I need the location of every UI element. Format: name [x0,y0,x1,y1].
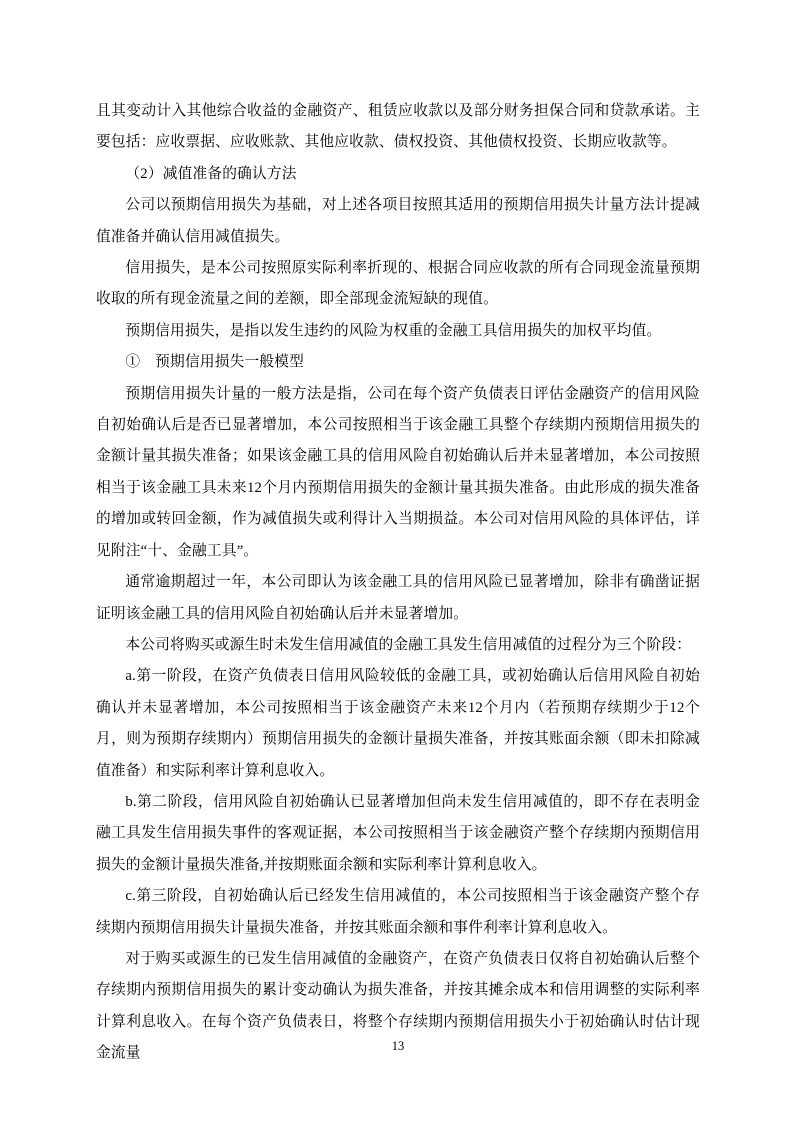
page-number: 13 [96,1036,700,1056]
document-body: 且其变动计入其他综合收益的金融资产、租赁应收款以及部分财务担保合同和贷款承诺。主… [96,96,700,1070]
document-page: 且其变动计入其他综合收益的金融资产、租赁应收款以及部分财务担保合同和贷款承诺。主… [0,0,794,1122]
paragraph-8: 通常逾期超过一年，本公司即认为该金融工具的信用风险已显著增加，除非有确凿证据证明… [96,567,700,630]
paragraph-1: 且其变动计入其他综合收益的金融资产、租赁应收款以及部分财务担保合同和贷款承诺。主… [96,96,700,159]
paragraph-7: 预期信用损失计量的一般方法是指，公司在每个资产负债表日评估金融资产的信用风险自初… [96,379,700,567]
paragraph-4: 信用损失，是本公司按照原实际利率折现的、根据合同应收款的所有合同现金流量预期收取… [96,253,700,316]
paragraph-11: b.第二阶段，信用风险自初始确认已显著增加但尚未发生信用减值的，即不存在表明金融… [96,787,700,881]
paragraph-6: ① 预期信用损失一般模型 [96,347,700,378]
paragraph-5: 预期信用损失，是指以发生违约的风险为权重的金融工具信用损失的加权平均值。 [96,316,700,347]
paragraph-10: a.第一阶段，在资产负债表日信用风险较低的金融工具，或初始确认后信用风险自初始确… [96,661,700,787]
paragraph-3: 公司以预期信用损失为基础，对上述各项目按照其适用的预期信用损失计量方法计提减值准… [96,190,700,253]
paragraph-2: （2）减值准备的确认方法 [96,159,700,190]
paragraph-12: c.第三阶段，自初始确认后已经发生信用减值的，本公司按照相当于该金融资产整个存续… [96,881,700,944]
paragraph-9: 本公司将购买或源生时未发生信用减值的金融工具发生信用减值的过程分为三个阶段： [96,630,700,661]
